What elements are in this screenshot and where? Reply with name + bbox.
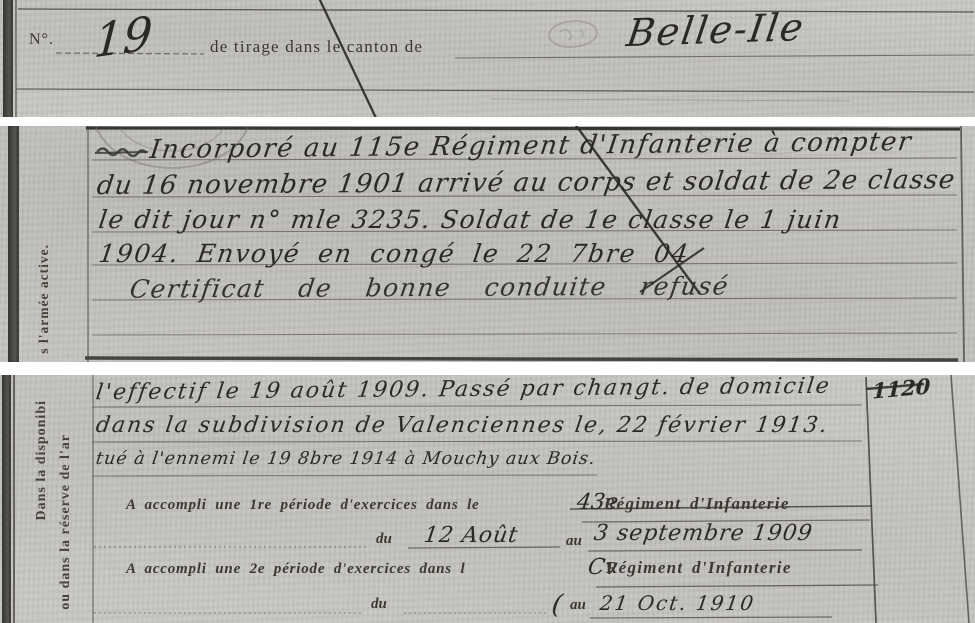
scan-edge-line [15, 0, 17, 117]
side-label-reserve: ou dans la réserve de l'ar [58, 434, 74, 610]
record-line: tué à l'ennemi le 19 8bre 1914 à Mouchy … [95, 449, 597, 469]
period1-from-date: 12 Août [422, 523, 520, 548]
record-line: dans la subdivision de Valenciennes le, … [94, 413, 830, 438]
underline [596, 585, 878, 587]
period2-du-label: du [371, 596, 387, 613]
canton-baseline [455, 55, 974, 58]
ruled-line [92, 333, 957, 335]
side-label-disponibilite: Dans la disponibi [34, 400, 50, 521]
draw-number-value: 19 [92, 5, 154, 68]
ruled-line [16, 89, 974, 92]
record-line: Certificat de bonne conduite refusé [128, 271, 731, 303]
scanned-military-register: N°. 19 de tirage dans le canton de Belle… [0, 0, 975, 623]
period2-to-date: 21 Oct. 1910 [598, 591, 756, 615]
scan-edge-line [961, 126, 964, 362]
canton-name: Belle-Ile [624, 5, 808, 55]
scan-edge-bar [8, 126, 19, 362]
scan-edge-bar [3, 0, 13, 117]
record-line: le dit jour n° mle 3235. Soldat de 1e cl… [97, 205, 844, 234]
ruled-line [92, 405, 862, 407]
period2-printed-prefix: A accompli une 2e période d'exercices da… [126, 561, 465, 578]
faint-ruled-line [490, 99, 850, 101]
ruled-line [18, 9, 974, 12]
oval-stamp [548, 19, 598, 48]
side-label-armee-active: s l'armée active. [36, 244, 52, 354]
diagonal-cancel-line [319, 0, 376, 117]
record-line: du 16 novembre 1901 arrivé au corps et s… [95, 165, 958, 201]
period1-to-date: 3 septembre 1909 [592, 521, 814, 546]
record-line: 1904. Envoyé en congé le 22 7bre 04 [97, 239, 692, 268]
underline [588, 550, 862, 551]
bottom-border-line [85, 358, 958, 360]
no-label: N°. [29, 31, 54, 49]
period1-au-label: au [566, 533, 582, 550]
section-reserve: Dans la disponibi ou dans la réserve de … [0, 375, 975, 623]
ruled-line [92, 475, 597, 476]
underline [590, 617, 832, 618]
period2-au-label: au [570, 597, 586, 614]
scan-edge-line [951, 375, 969, 623]
section-armee-active: s l'armée active. Incorporé au 115e Régi… [0, 126, 975, 362]
period1-du-label: du [376, 531, 392, 548]
period1-unit-printed: Régiment d'Infanterie [604, 494, 790, 514]
section-draw-number: N°. 19 de tirage dans le canton de Belle… [0, 0, 975, 117]
scan-edge-bar [2, 375, 11, 623]
crossed-out-strike [95, 152, 148, 153]
oval-stamp-marks [560, 30, 583, 40]
tirage-text: de tirage dans le canton de [210, 37, 423, 57]
period2-unit-printed: Régiment d'Infanterie [606, 558, 792, 578]
scan-edge-line [13, 375, 15, 623]
column-line [866, 377, 876, 623]
period1-printed-prefix: A accompli une 1re période d'exercices d… [126, 497, 480, 514]
ruled-line [92, 441, 862, 442]
